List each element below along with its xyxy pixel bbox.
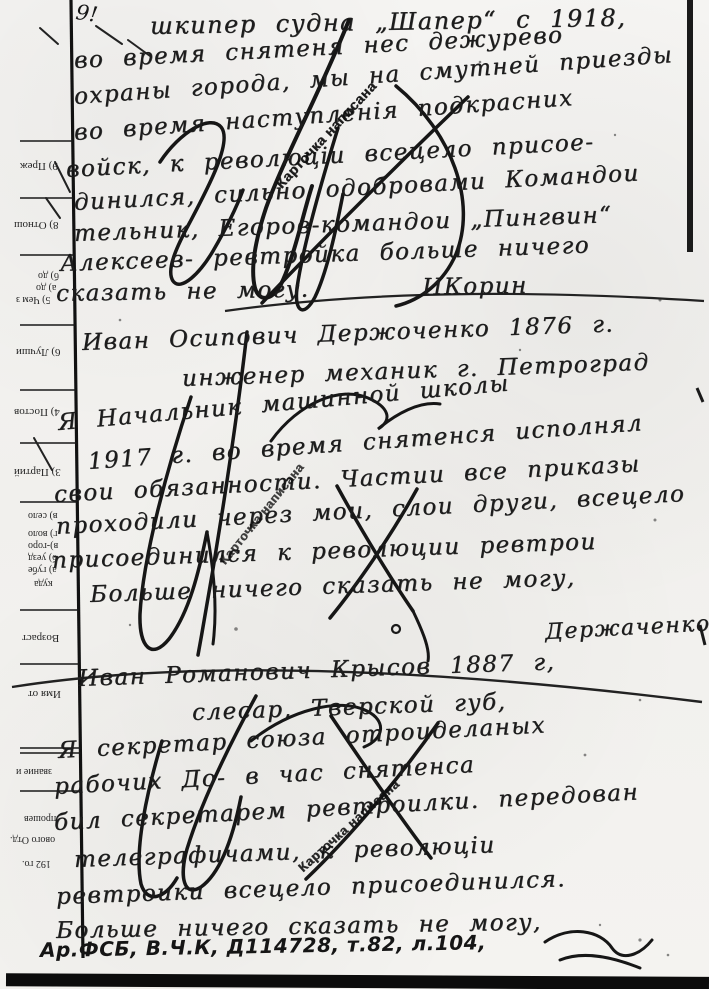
margin-form-fragment: в) село — [28, 510, 58, 521]
pen-circle-mark — [392, 625, 400, 633]
margin-form-fragment: звание и — [16, 766, 52, 777]
margin-form-fragment: б) до — [38, 270, 59, 281]
margin-form-fragment: 4) Постов — [14, 406, 60, 418]
margin-form-fragment: куда — [34, 578, 53, 589]
corner-pen-mark: 9! — [74, 0, 99, 27]
margin-form-fragment: 192 го. — [22, 858, 51, 869]
margin-form-fragment: 6) Лучши — [16, 346, 61, 358]
partial-signature-bottom — [545, 932, 652, 956]
scanned-document-page: шкипер судна „Шапер“ с 1918,во время сня… — [0, 0, 709, 989]
margin-form-fragment: Возраст — [22, 632, 59, 644]
margin-form-fragment: Имя от — [28, 688, 61, 700]
margin-form-fragment: 8) Отнош — [14, 219, 59, 231]
partial-signature-bottom — [560, 955, 640, 968]
margin-form-fragment: 3) Партий — [14, 466, 61, 478]
margin-form-fragment: а) губе — [28, 564, 57, 575]
margin-form-fragment: 9) Преж — [20, 160, 58, 172]
margin-form-fragment: б) уезд — [28, 552, 57, 563]
margin-form-fragment: 5) Чем з — [16, 294, 51, 305]
margin-form-fragment: ового Отд. — [10, 834, 55, 845]
margin-form-fragment: г) воло — [28, 528, 57, 539]
margin-form-fragment: в)-горо — [28, 540, 58, 551]
margin-form-fragment: а) до — [36, 282, 56, 293]
bottom-scan-bar — [6, 973, 709, 989]
margin-form-fragment: прошев — [24, 813, 56, 824]
right-page-edge — [687, 0, 693, 252]
right-edge-mark — [697, 388, 703, 402]
